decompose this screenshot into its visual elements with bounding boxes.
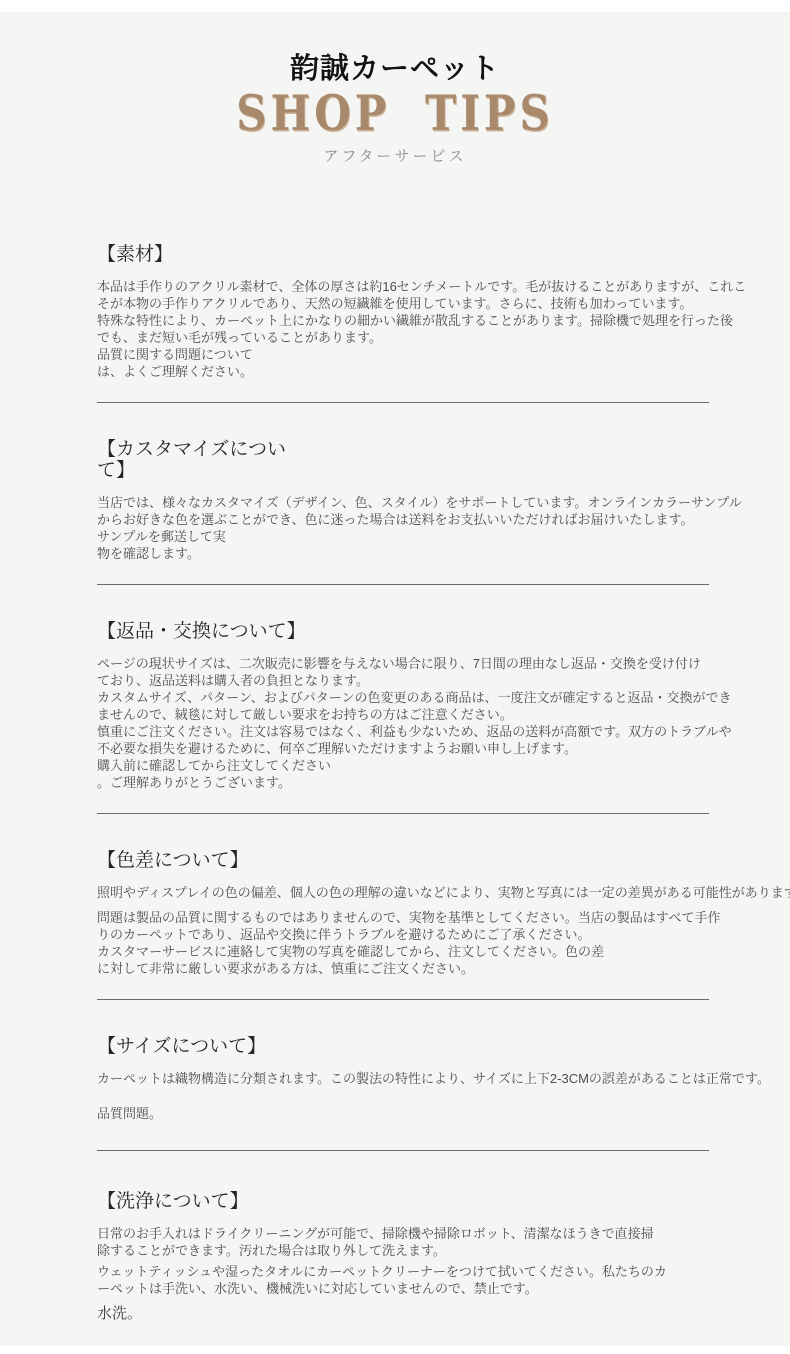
section-divider: [97, 999, 709, 1000]
section-returns-heading: 【返品・交換について】: [97, 621, 717, 642]
section-returns-exchange: 【返品・交換について】 ページの現状サイズは、二次販売に影響を与えない場合に限り…: [97, 621, 717, 791]
section-customize-body: 当店では、様々なカスタマイズ（デザイン、色、スタイル）をサポートしています。オン…: [97, 494, 717, 562]
section-material-body: 本品は手作りのアクリル素材で、全体の厚さは約16センチメートルです。毛が抜けるこ…: [97, 278, 717, 380]
section-returns-body: ページの現状サイズは、二次販売に影響を与えない場合に限り、7日間の理由なし返品・…: [97, 655, 717, 791]
section-material: 【素材】 本品は手作りのアクリル素材で、全体の厚さは約16センチメートルです。毛…: [97, 244, 717, 380]
section-washing-heading: 【洗浄について】: [97, 1191, 717, 1212]
section-customize: 【カスタマイズについ て】 当店では、様々なカスタマイズ（デザイン、色、スタイル…: [97, 439, 717, 562]
section-material-heading: 【素材】: [97, 244, 717, 265]
store-title: 韵誠カーペット: [0, 53, 790, 85]
sections-content: 【素材】 本品は手作りのアクリル素材で、全体の厚さは約16センチメートルです。毛…: [97, 244, 717, 1323]
section-divider: [97, 584, 709, 585]
section-color-difference: 【色差について】 照明やディスプレイの色の偏差、個人の色の理解の違いなどにより、…: [97, 850, 717, 977]
shop-tips-logo: SHOP TIPS: [236, 85, 554, 143]
section-size: 【サイズについて】 カーペットは織物構造に分類されます。この製法の特性により、サ…: [97, 1036, 717, 1122]
section-color-difference-body: 照明やディスプレイの色の偏差、個人の色の理解の違いなどにより、実物と写真には一定…: [97, 884, 717, 901]
section-size-body2: 品質問題。: [97, 1105, 717, 1122]
section-color-difference-heading: 【色差について】: [97, 850, 717, 871]
section-divider: [97, 813, 709, 814]
section-divider: [97, 402, 709, 403]
product-description-page: 韵誠カーペット SHOP TIPS アフターサービス 【素材】 本品は手作りのア…: [0, 0, 790, 1354]
section-customize-heading: 【カスタマイズについ て】: [97, 439, 717, 481]
logo-wrap: SHOP TIPS: [0, 85, 790, 139]
section-color-difference-body2: 問題は製品の品質に関するものではありませんので、実物を基準としてください。当店の…: [97, 909, 717, 977]
after-service-subtitle: アフターサービス: [0, 148, 790, 166]
section-size-heading: 【サイズについて】: [97, 1036, 717, 1057]
section-washing-body: 日常のお手入れはドライクリーニングが可能で、掃除機や掃除ロボット、清潔なほうきで…: [97, 1225, 717, 1259]
section-washing-note: 水洗。: [97, 1304, 717, 1323]
section-washing: 【洗浄について】 日常のお手入れはドライクリーニングが可能で、掃除機や掃除ロボッ…: [97, 1191, 717, 1323]
description-canvas: 韵誠カーペット SHOP TIPS アフターサービス 【素材】 本品は手作りのア…: [0, 12, 790, 1346]
page-header: 韵誠カーペット SHOP TIPS アフターサービス: [0, 12, 790, 166]
section-size-body: カーペットは織物構造に分類されます。この製法の特性により、サイズに上下2-3CM…: [97, 1070, 717, 1087]
section-washing-body2: ウェットティッシュや湿ったタオルにカーペットクリーナーをつけて拭いてください。私…: [97, 1263, 717, 1297]
section-divider: [97, 1150, 709, 1151]
